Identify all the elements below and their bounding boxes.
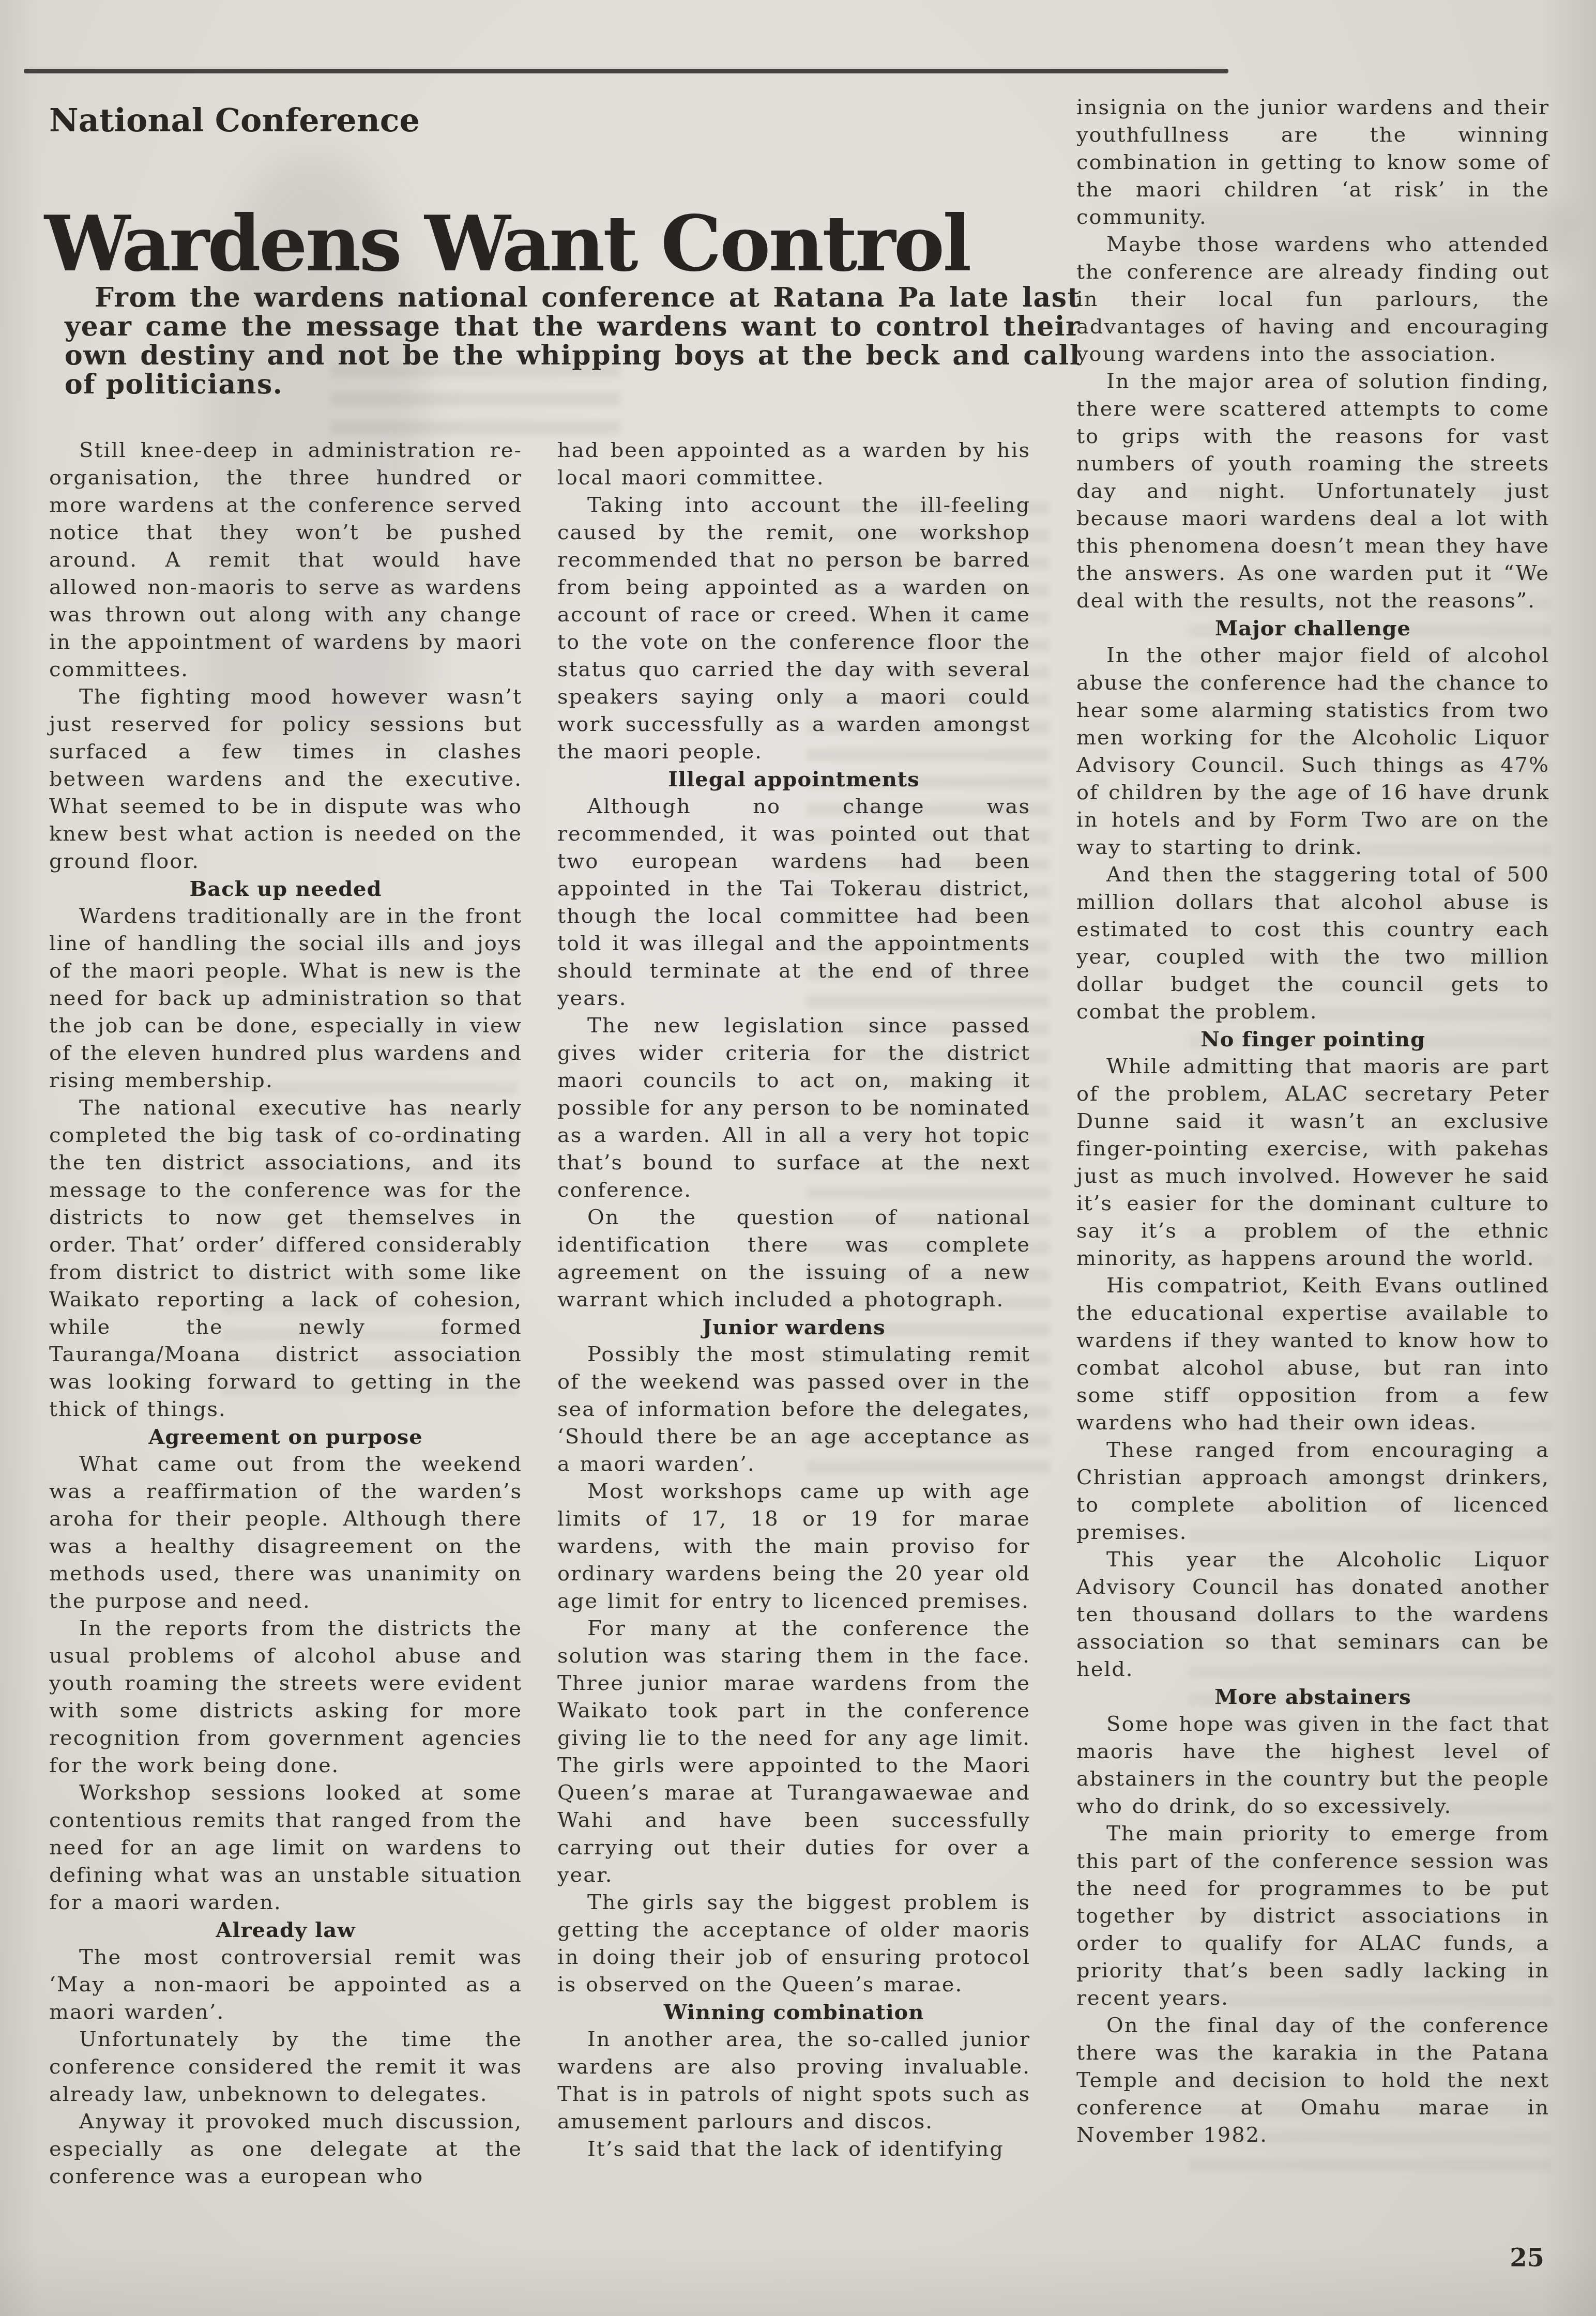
- article-paragraph: On the final day of the conference there…: [1076, 2012, 1549, 2149]
- lede-paragraph: From the wardens national conference at …: [65, 283, 1081, 399]
- article-paragraph: Although no change was recommended, it w…: [557, 793, 1030, 1012]
- article-paragraph: In the reports from the districts the us…: [49, 1615, 522, 1779]
- article-paragraph: These ranged from encouraging a Christia…: [1076, 1437, 1549, 1546]
- newspaper-page: National Conference Wardens Want Control…: [0, 0, 1596, 2316]
- article-paragraph: The girls say the biggest problem is get…: [557, 1889, 1030, 1999]
- article-column-1: Still knee-deep in administration re-org…: [49, 437, 522, 2190]
- article-paragraph: This year the Alcoholic Liquor Advisory …: [1076, 1546, 1549, 1683]
- article-paragraph: What came out from the weekend was a rea…: [49, 1451, 522, 1615]
- article-paragraph: The national executive has nearly comple…: [49, 1094, 522, 1423]
- section-heading: Major challenge: [1076, 615, 1549, 642]
- article-paragraph: In the major area of solution finding, t…: [1076, 368, 1549, 615]
- page-number: 25: [1510, 2244, 1544, 2273]
- article-paragraph: While admitting that maoris are part of …: [1076, 1053, 1549, 1272]
- section-heading: Illegal appointments: [557, 766, 1030, 793]
- article-paragraph: The fighting mood however wasn’t just re…: [49, 683, 522, 875]
- article-column-3: insignia on the junior wardens and their…: [1076, 94, 1549, 2149]
- article-paragraph: On the question of national identificati…: [557, 1204, 1030, 1314]
- article-paragraph: The main priority to emerge from this pa…: [1076, 1820, 1549, 2012]
- article-paragraph: In another area, the so-called junior wa…: [557, 2026, 1030, 2136]
- section-heading: Back up needed: [49, 875, 522, 903]
- article-lede: From the wardens national conference at …: [65, 283, 1081, 399]
- section-heading: Junior wardens: [557, 1314, 1030, 1341]
- article-paragraph: Maybe those wardens who attended the con…: [1076, 231, 1549, 368]
- article-paragraph: Still knee-deep in administration re-org…: [49, 437, 522, 683]
- article-headline: Wardens Want Control: [44, 205, 969, 282]
- article-paragraph: And then the staggering total of 500 mil…: [1076, 861, 1549, 1026]
- article-paragraph: Some hope was given in the fact that mao…: [1076, 1711, 1549, 1820]
- article-paragraph: For many at the conference the solution …: [557, 1615, 1030, 1889]
- article-paragraph: Unfortunately by the time the conference…: [49, 2026, 522, 2108]
- article-paragraph: Most workshops came up with age limits o…: [557, 1478, 1030, 1615]
- article-paragraph: Taking into account the ill-feeling caus…: [557, 492, 1030, 766]
- article-paragraph: In the other major field of alcohol abus…: [1076, 642, 1549, 861]
- article-paragraph: It’s said that the lack of identifying: [557, 2136, 1030, 2163]
- section-heading: Agreement on purpose: [49, 1423, 522, 1451]
- article-paragraph: had been appointed as a warden by his lo…: [557, 437, 1030, 492]
- article-paragraph: His compatriot, Keith Evans outlined the…: [1076, 1272, 1549, 1437]
- article-kicker: National Conference: [49, 101, 420, 139]
- article-paragraph: The most controversial remit was ‘May a …: [49, 1944, 522, 2026]
- article-paragraph: Anyway it provoked much discussion, espe…: [49, 2108, 522, 2190]
- article-paragraph: insignia on the junior wardens and their…: [1076, 94, 1549, 231]
- article-paragraph: Wardens traditionally are in the front l…: [49, 903, 522, 1094]
- section-heading: Already law: [49, 1916, 522, 1944]
- article-paragraph: Workshop sessions looked at some content…: [49, 1779, 522, 1916]
- section-heading: Winning combination: [557, 1999, 1030, 2026]
- article-paragraph: Possibly the most stimulating remit of t…: [557, 1341, 1030, 1478]
- top-rule: [24, 69, 1228, 73]
- article-paragraph: The new legislation since passed gives w…: [557, 1012, 1030, 1204]
- section-heading: No finger pointing: [1076, 1026, 1549, 1053]
- article-column-2: had been appointed as a warden by his lo…: [557, 437, 1030, 2163]
- section-heading: More abstainers: [1076, 1683, 1549, 1711]
